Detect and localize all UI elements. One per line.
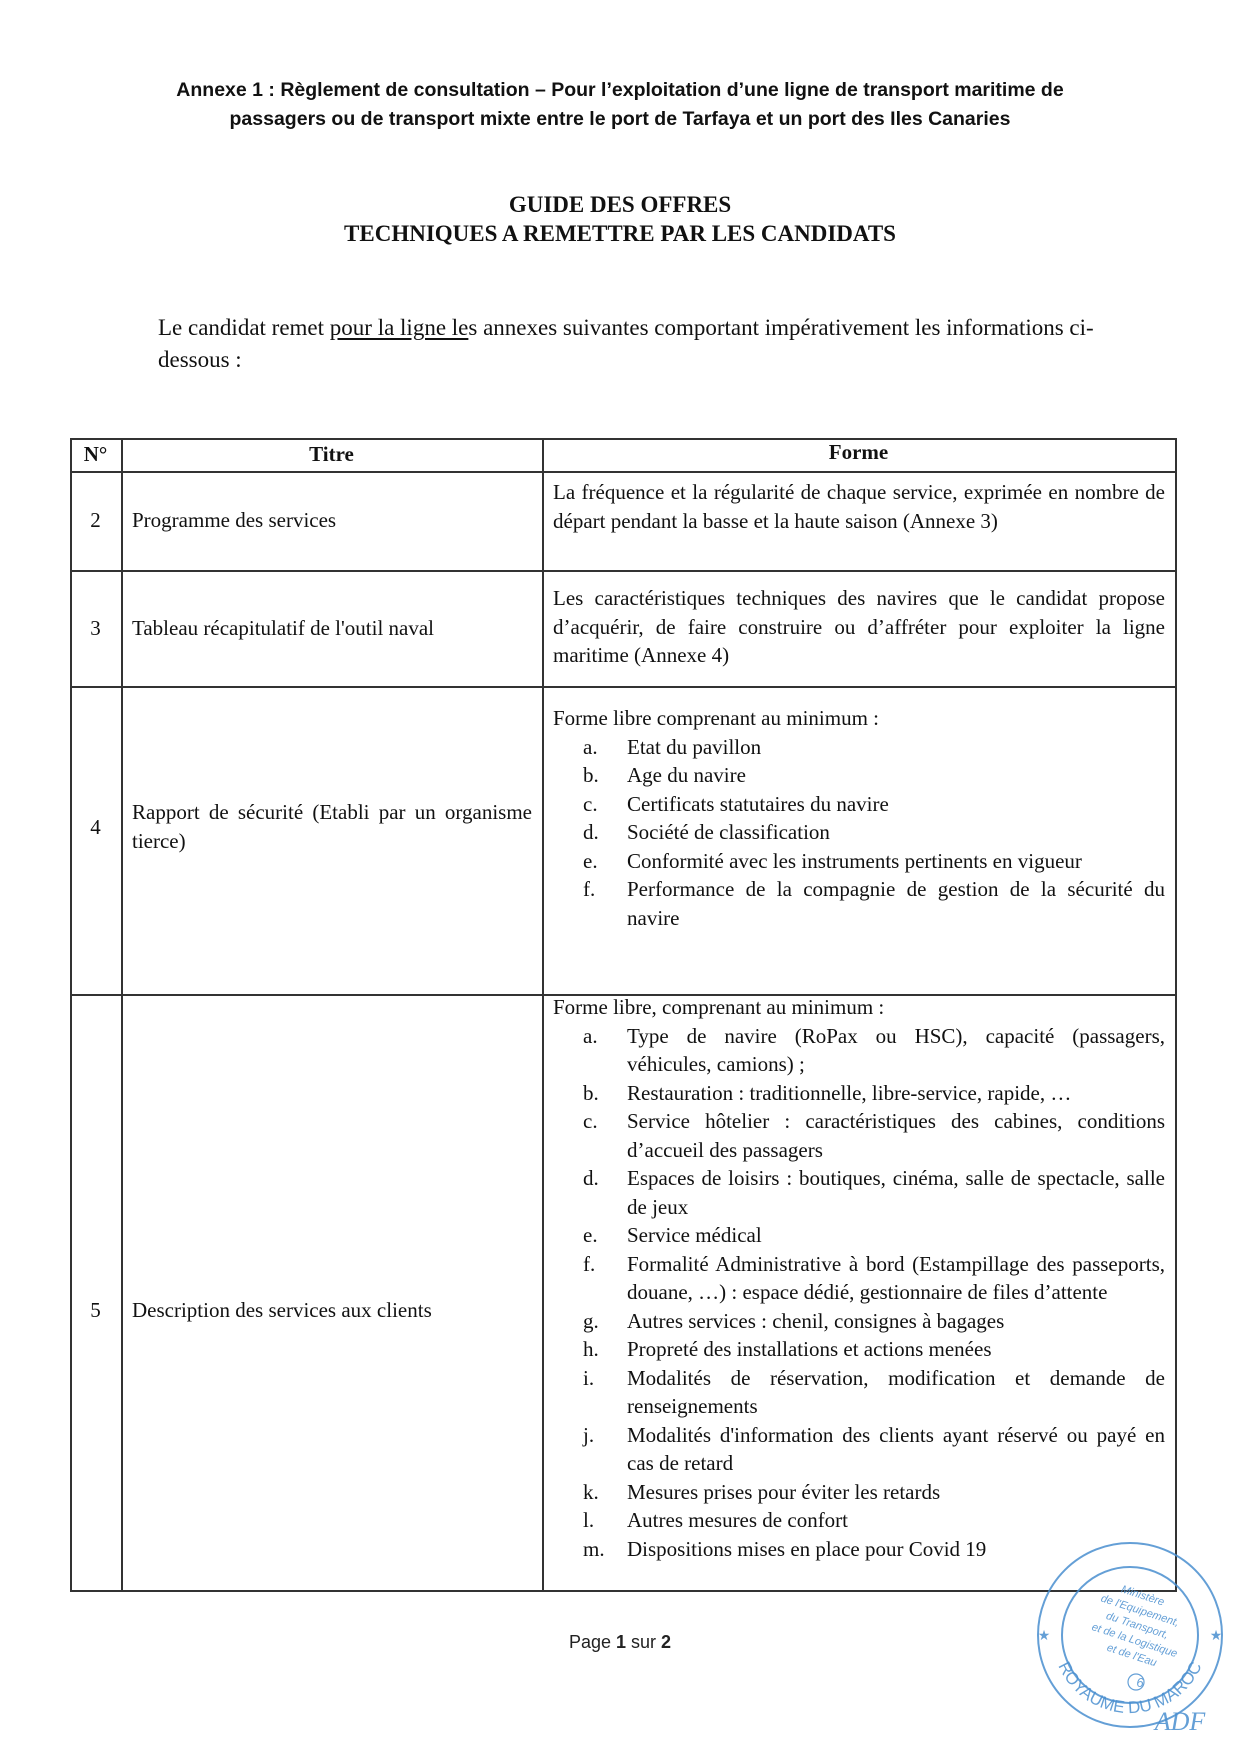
col-divider bbox=[121, 438, 123, 1592]
list-item-label: e. bbox=[553, 1221, 627, 1250]
footer-total-pages: 2 bbox=[661, 1632, 671, 1652]
list-item-label: b. bbox=[553, 761, 627, 790]
header-forme: Forme bbox=[542, 438, 1175, 467]
official-stamp: ROYAUME DU MAROCMinistèrede l'Equipement… bbox=[1030, 1535, 1230, 1745]
list-item-label: m. bbox=[553, 1535, 627, 1564]
header-titre: Titre bbox=[121, 440, 542, 469]
list-item-label: f. bbox=[553, 875, 627, 932]
list-item: b.Restauration : traditionnelle, libre-s… bbox=[553, 1079, 1165, 1108]
list-item-text: Restauration : traditionnelle, libre-ser… bbox=[627, 1079, 1165, 1108]
row-titre: Rapport de sécurité (Etabli par un organ… bbox=[132, 798, 532, 855]
list-item: f.Performance de la compagnie de gestion… bbox=[553, 875, 1165, 932]
forme-intro: Forme libre comprenant au minimum : bbox=[553, 704, 1165, 733]
list-item-text: Modalités de réservation, modification e… bbox=[627, 1364, 1165, 1421]
list-item-text: Société de classification bbox=[627, 818, 1165, 847]
forme-list: a.Type de navire (RoPax ou HSC), capacit… bbox=[553, 1022, 1165, 1564]
annex-header: Annexe 1 : Règlement de consultation – P… bbox=[120, 76, 1120, 134]
table-header-divider bbox=[70, 471, 1177, 473]
list-item-text: Age du navire bbox=[627, 761, 1165, 790]
col-divider bbox=[542, 438, 544, 1592]
svg-text:ADF: ADF bbox=[1153, 1707, 1207, 1736]
svg-text:★: ★ bbox=[1210, 1627, 1223, 1643]
row-forme: Les caractéristiques techniques des navi… bbox=[553, 584, 1165, 670]
footer-prefix: Page bbox=[569, 1632, 616, 1652]
list-item: b.Age du navire bbox=[553, 761, 1165, 790]
footer-current-page: 1 bbox=[616, 1632, 626, 1652]
list-item: c.Service hôtelier : caractéristiques de… bbox=[553, 1107, 1165, 1164]
intro-paragraph: Le candidat remet pour la ligne les anne… bbox=[158, 312, 1108, 376]
row-titre: Programme des services bbox=[132, 506, 532, 535]
list-item-label: b. bbox=[553, 1079, 627, 1108]
forme-list: a.Etat du pavillonb.Age du navirec.Certi… bbox=[553, 733, 1165, 933]
row-num: 3 bbox=[70, 614, 121, 643]
page-title: GUIDE DES OFFRES TECHNIQUES A REMETTRE P… bbox=[120, 190, 1120, 248]
row-divider bbox=[70, 686, 1177, 688]
list-item-text: Autres services : chenil, consignes à ba… bbox=[627, 1307, 1165, 1336]
list-item: l.Autres mesures de confort bbox=[553, 1506, 1165, 1535]
list-item-label: g. bbox=[553, 1307, 627, 1336]
table-border-right bbox=[1175, 438, 1177, 1592]
stamp-seal-icon: ROYAUME DU MAROCMinistèrede l'Equipement… bbox=[1030, 1535, 1230, 1745]
title-line-1: GUIDE DES OFFRES bbox=[120, 190, 1120, 219]
list-item-label: i. bbox=[553, 1364, 627, 1421]
list-item-text: Propreté des installations et actions me… bbox=[627, 1335, 1165, 1364]
list-item: d.Société de classification bbox=[553, 818, 1165, 847]
list-item-label: c. bbox=[553, 1107, 627, 1164]
list-item-text: Modalités d'information des clients ayan… bbox=[627, 1421, 1165, 1478]
list-item-label: f. bbox=[553, 1250, 627, 1307]
intro-before: Le candidat remet bbox=[158, 315, 330, 340]
intro-underlined: pour la ligne le bbox=[330, 315, 469, 340]
list-item: c.Certificats statutaires du navire bbox=[553, 790, 1165, 819]
list-item-text: Formalité Administrative à bord (Estampi… bbox=[627, 1250, 1165, 1307]
list-item-label: k. bbox=[553, 1478, 627, 1507]
list-item: h.Propreté des installations et actions … bbox=[553, 1335, 1165, 1364]
list-item: g.Autres services : chenil, consignes à … bbox=[553, 1307, 1165, 1336]
list-item-text: Certificats statutaires du navire bbox=[627, 790, 1165, 819]
row-divider bbox=[70, 570, 1177, 572]
annex-header-line-1: Annexe 1 : Règlement de consultation – P… bbox=[120, 76, 1120, 105]
list-item-label: h. bbox=[553, 1335, 627, 1364]
table-border-left bbox=[70, 438, 72, 1592]
list-item-text: Type de navire (RoPax ou HSC), capacité … bbox=[627, 1022, 1165, 1079]
list-item-label: c. bbox=[553, 790, 627, 819]
header-num: N° bbox=[70, 440, 121, 469]
list-item: a.Type de navire (RoPax ou HSC), capacit… bbox=[553, 1022, 1165, 1079]
list-item: j.Modalités d'information des clients ay… bbox=[553, 1421, 1165, 1478]
row-forme: Forme libre, comprenant au minimum : a.T… bbox=[553, 993, 1165, 1563]
list-item: a.Etat du pavillon bbox=[553, 733, 1165, 762]
list-item-text: Espaces de loisirs : boutiques, cinéma, … bbox=[627, 1164, 1165, 1221]
list-item-text: Service médical bbox=[627, 1221, 1165, 1250]
forme-intro: Forme libre, comprenant au minimum : bbox=[553, 993, 1165, 1022]
list-item: e.Conformité avec les instruments pertin… bbox=[553, 847, 1165, 876]
annex-header-line-2: passagers ou de transport mixte entre le… bbox=[120, 105, 1120, 134]
offers-table: N° Titre Forme 2 Programme des services … bbox=[70, 438, 1177, 1592]
table-border-bottom bbox=[70, 1590, 1177, 1592]
row-forme: La fréquence et la régularité de chaque … bbox=[553, 478, 1165, 535]
list-item: f.Formalité Administrative à bord (Estam… bbox=[553, 1250, 1165, 1307]
list-item-text: Etat du pavillon bbox=[627, 733, 1165, 762]
list-item-label: j. bbox=[553, 1421, 627, 1478]
list-item-label: d. bbox=[553, 818, 627, 847]
svg-text:6: 6 bbox=[1136, 1675, 1144, 1690]
list-item: k.Mesures prises pour éviter les retards bbox=[553, 1478, 1165, 1507]
list-item-label: d. bbox=[553, 1164, 627, 1221]
title-line-2: TECHNIQUES A REMETTRE PAR LES CANDIDATS bbox=[120, 219, 1120, 248]
row-num: 4 bbox=[70, 813, 121, 842]
list-item-label: e. bbox=[553, 847, 627, 876]
list-item: e.Service médical bbox=[553, 1221, 1165, 1250]
row-num: 5 bbox=[70, 1296, 121, 1325]
svg-text:★: ★ bbox=[1038, 1627, 1051, 1643]
list-item-label: l. bbox=[553, 1506, 627, 1535]
list-item-label: a. bbox=[553, 733, 627, 762]
row-titre: Description des services aux clients bbox=[132, 1296, 532, 1325]
list-item-label: a. bbox=[553, 1022, 627, 1079]
list-item-text: Performance de la compagnie de gestion d… bbox=[627, 875, 1165, 932]
list-item: d.Espaces de loisirs : boutiques, cinéma… bbox=[553, 1164, 1165, 1221]
list-item-text: Service hôtelier : caractéristiques des … bbox=[627, 1107, 1165, 1164]
row-titre: Tableau récapitulatif de l'outil naval bbox=[132, 614, 532, 643]
list-item: i.Modalités de réservation, modification… bbox=[553, 1364, 1165, 1421]
list-item-text: Mesures prises pour éviter les retards bbox=[627, 1478, 1165, 1507]
row-forme: Forme libre comprenant au minimum : a.Et… bbox=[553, 704, 1165, 932]
list-item-text: Conformité avec les instruments pertinen… bbox=[627, 847, 1165, 876]
list-item-text: Autres mesures de confort bbox=[627, 1506, 1165, 1535]
footer-middle: sur bbox=[626, 1632, 661, 1652]
row-num: 2 bbox=[70, 506, 121, 535]
